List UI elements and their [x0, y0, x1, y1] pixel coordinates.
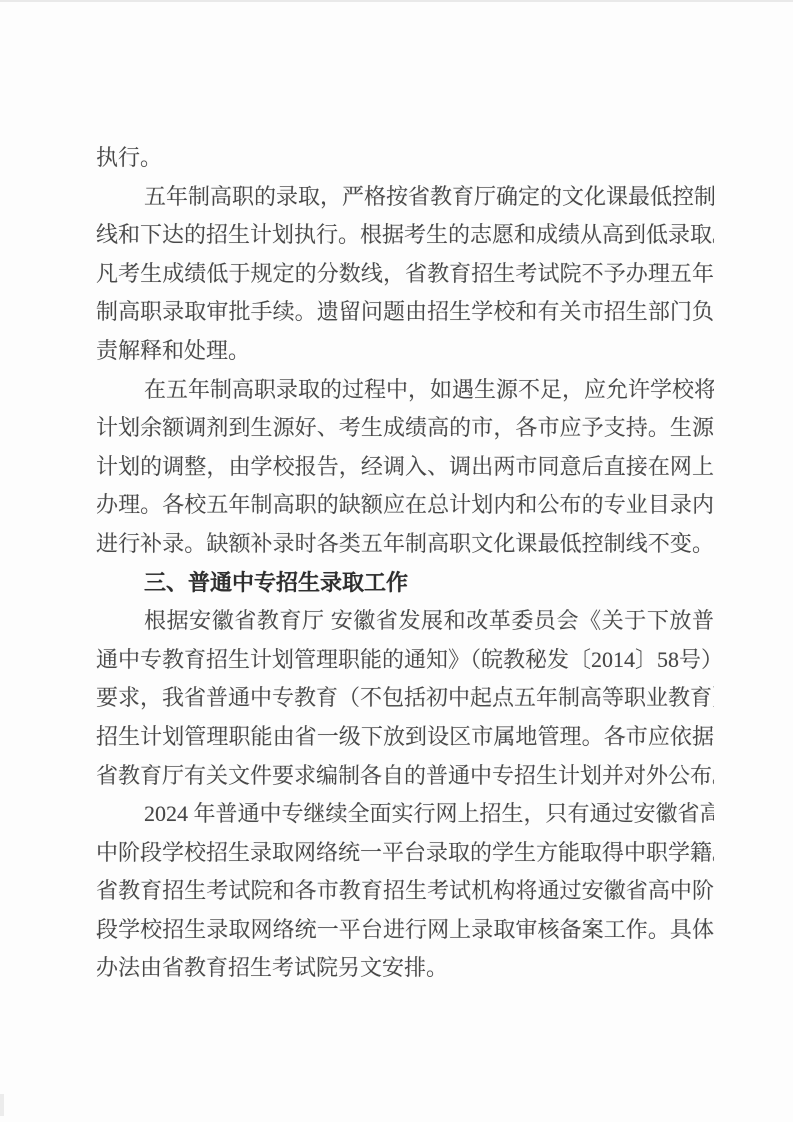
text-line: 段学校招生录取网络统一平台进行网上录取审核备案工作。具体 [96, 911, 714, 950]
document-body: 执行。五年制高职的录取，严格按省教育厅确定的文化课最低控制线和下达的招生计划执行… [96, 139, 714, 988]
section-heading: 三、普通中专招生录取工作 [96, 564, 714, 603]
text-line: 计划的调整，由学校报告，经调入、调出两市同意后直接在网上 [96, 448, 714, 487]
text-line: 制高职录取审批手续。遗留问题由招生学校和有关市招生部门负 [96, 293, 714, 332]
text-line: 办理。各校五年制高职的缺额应在总计划内和公布的专业目录内 [96, 486, 714, 525]
text-line: 中阶段学校招生录取网络统一平台录取的学生方能取得中职学籍。 [96, 834, 714, 873]
text-line: 通中专教育招生计划管理职能的通知》（皖教秘发〔2014〕58号） [96, 641, 714, 680]
text-line: 省教育招生考试院和各市教育招生考试机构将通过安徽省高中阶 [96, 872, 714, 911]
text-line: 2024 年普通中专继续全面实行网上招生，只有通过安徽省高 [96, 795, 714, 834]
text-line: 在五年制高职录取的过程中，如遇生源不足，应允许学校将 [96, 371, 714, 410]
text-line: 凡考生成绩低于规定的分数线，省教育招生考试院不予办理五年 [96, 255, 714, 294]
text-line: 线和下达的招生计划执行。根据考生的志愿和成绩从高到低录取。 [96, 216, 714, 255]
text-line: 执行。 [96, 139, 714, 178]
document-page: 执行。五年制高职的录取，严格按省教育厅确定的文化课最低控制线和下达的招生计划执行… [0, 0, 793, 1122]
text-line: 省教育厅有关文件要求编制各自的普通中专招生计划并对外公布。 [96, 757, 714, 796]
text-line: 进行补录。缺额补录时各类五年制高职文化课最低控制线不变。 [96, 525, 714, 564]
text-line: 要求，我省普通中专教育（不包括初中起点五年制高等职业教育） [96, 679, 714, 718]
scan-edge-artifact [0, 1094, 4, 1116]
text-line: 责解释和处理。 [96, 332, 714, 371]
text-line: 五年制高职的录取，严格按省教育厅确定的文化课最低控制 [96, 178, 714, 217]
text-line: 计划余额调剂到生源好、考生成绩高的市，各市应予支持。生源 [96, 409, 714, 448]
text-line: 招生计划管理职能由省一级下放到设区市属地管理。各市应依据 [96, 718, 714, 757]
text-line: 根据安徽省教育厅 安徽省发展和改革委员会《关于下放普 [96, 602, 714, 641]
text-line: 办法由省教育招生考试院另文安排。 [96, 949, 714, 988]
